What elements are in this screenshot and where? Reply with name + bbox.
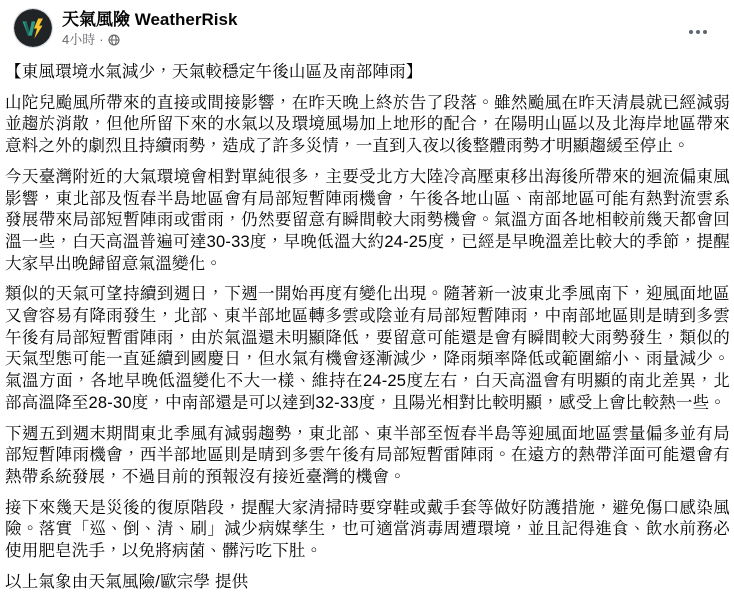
post-header: 天氣風險 WeatherRisk 4小時 ·: [0, 0, 734, 56]
post-paragraph: 類似的天氣可望持續到週日，下週一開始再度有變化出現。隨著新一波東北季風南下，迎風…: [5, 284, 730, 414]
post-body: 【東風環境水氣減少，天氣較穩定午後山區及南部陣雨】 山陀兒颱風所帶來的直接或間接…: [0, 56, 734, 593]
meta-separator: ·: [99, 32, 103, 48]
ellipsis-icon: [696, 30, 700, 34]
more-options-button[interactable]: [682, 20, 714, 44]
post-paragraph: 今天臺灣附近的大氣環境會相對單純很多，主要受北方大陸冷高壓東移出海後所帶來的迴流…: [5, 167, 730, 276]
post-credit: 以上氣象由天氣風險/歐宗學 提供: [5, 572, 730, 594]
timestamp-link[interactable]: 4小時: [62, 32, 95, 48]
ellipsis-icon: [689, 30, 693, 34]
post-paragraph: 山陀兒颱風所帶來的直接或間接影響，在昨天晚上終於告了段落。雖然颱風在昨天清晨就已…: [5, 93, 730, 158]
post-title: 【東風環境水氣減少，天氣較穩定午後山區及南部陣雨】: [5, 62, 730, 84]
globe-icon: [108, 34, 120, 46]
page-avatar[interactable]: [13, 8, 53, 48]
post-paragraph: 下週五到週末期間東北季風有減弱趨勢，東北部、東半部至恆春半島等迎風面地區雲量偏多…: [5, 424, 730, 489]
post-paragraph: 接下來幾天是災後的復原階段，提醒大家清掃時要穿鞋或戴手套等做好防護措施，避免傷口…: [5, 498, 730, 563]
facebook-post: 天氣風險 WeatherRisk 4小時 · 【東風環境水氣減少，天氣較穩定午後…: [0, 0, 734, 593]
page-name-link[interactable]: 天氣風險 WeatherRisk: [62, 9, 237, 30]
weatherrisk-logo-icon: [14, 9, 52, 47]
post-meta: 4小時 ·: [62, 32, 682, 48]
header-text-block: 天氣風險 WeatherRisk 4小時 ·: [62, 8, 682, 48]
ellipsis-icon: [703, 30, 707, 34]
